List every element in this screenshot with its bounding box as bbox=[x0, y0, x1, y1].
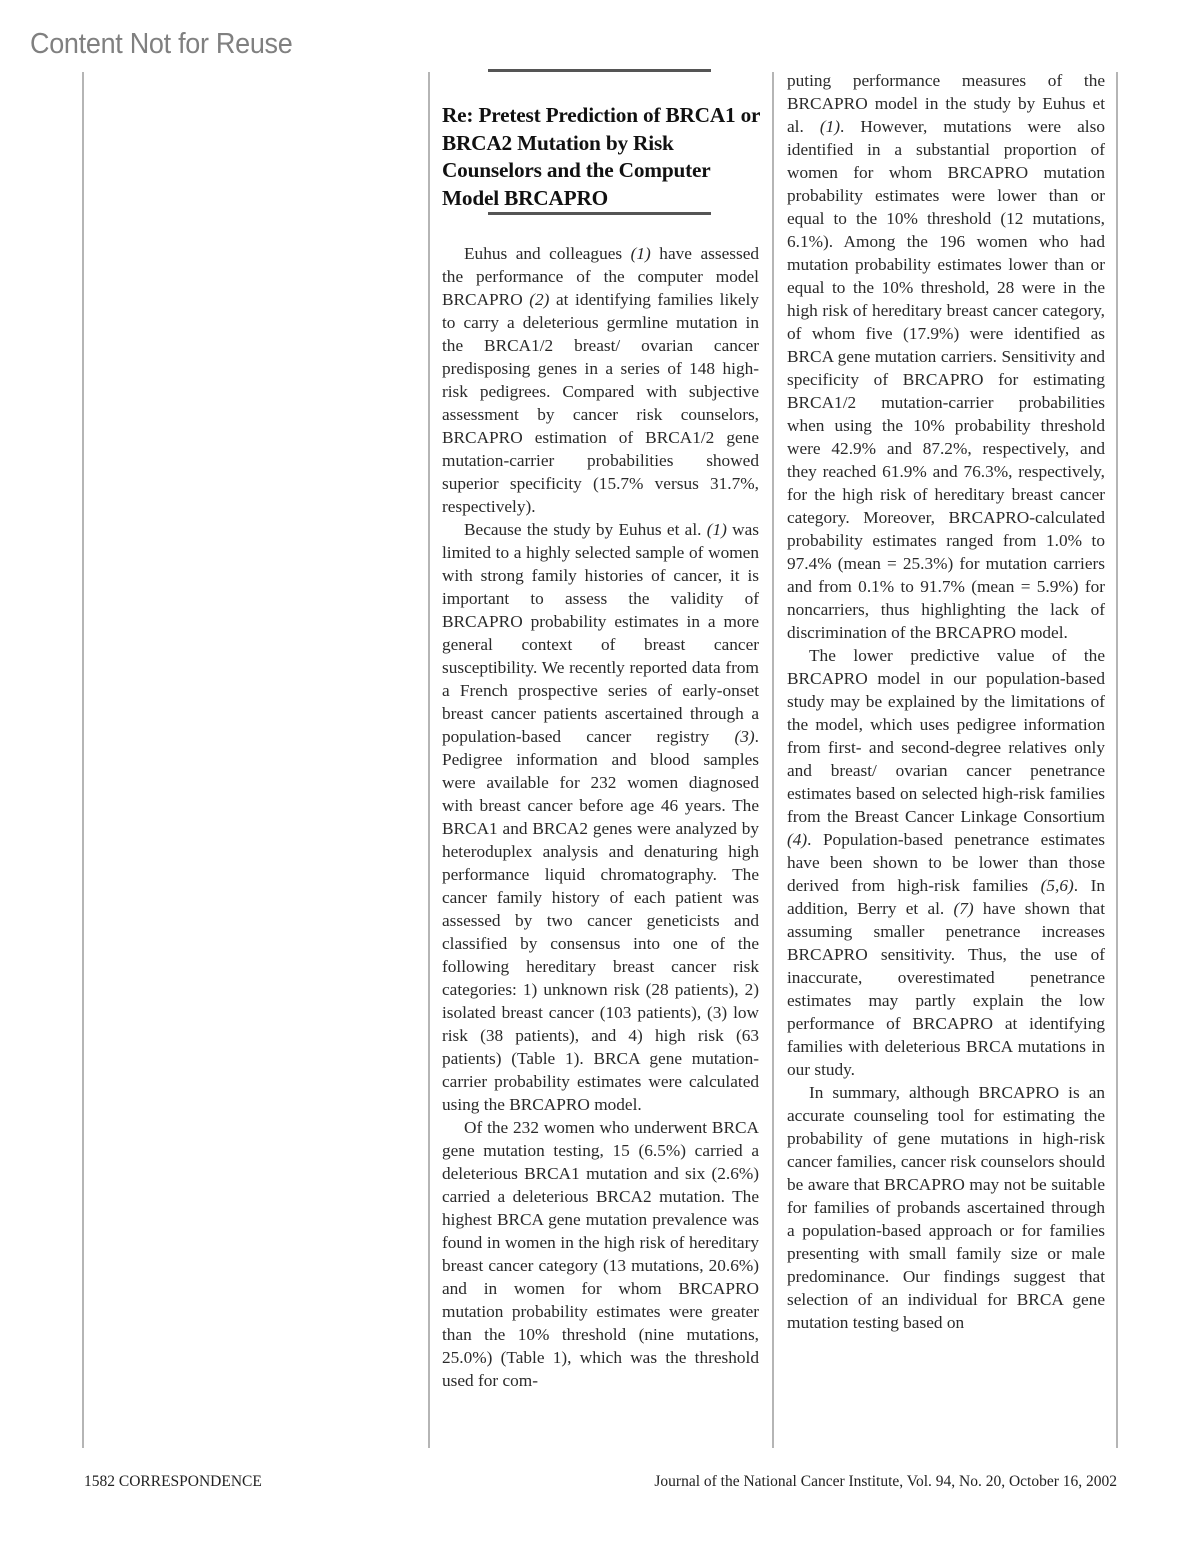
citation-ref: (2) bbox=[529, 290, 549, 309]
paragraph: The lower predictive value of the BRCAPR… bbox=[787, 644, 1105, 1081]
citation-ref: (1) bbox=[707, 520, 727, 539]
citation-ref: (1) bbox=[631, 244, 651, 263]
column-rule-left bbox=[82, 72, 84, 1448]
article-title: Re: Pretest Prediction of BRCA1 or BRCA2… bbox=[442, 102, 764, 212]
paragraph: puting performance measures of the BRCAP… bbox=[787, 69, 1105, 644]
text-column-a: Euhus and colleagues (1) have assessed t… bbox=[442, 242, 759, 1392]
watermark: Content Not for Reuse bbox=[30, 28, 292, 61]
paragraph: Euhus and colleagues (1) have assessed t… bbox=[442, 242, 759, 518]
citation-ref: (7) bbox=[953, 899, 973, 918]
paragraph: Because the study by Euhus et al. (1) wa… bbox=[442, 518, 759, 1116]
footer-journal-citation: Journal of the National Cancer Institute… bbox=[654, 1473, 1117, 1491]
column-rule-middle-right bbox=[772, 72, 774, 1448]
paragraph: In summary, although BRCAPRO is an accur… bbox=[787, 1081, 1105, 1334]
citation-ref: (1) bbox=[820, 117, 840, 136]
column-rule-right bbox=[1116, 72, 1118, 1448]
citation-ref: (3) bbox=[735, 727, 755, 746]
column-rule-middle-left bbox=[428, 72, 430, 1448]
title-rule-bottom bbox=[488, 212, 711, 215]
citation-ref: (5,6) bbox=[1041, 876, 1074, 895]
text-column-b: puting performance measures of the BRCAP… bbox=[787, 69, 1105, 1334]
citation-ref: (4) bbox=[787, 830, 807, 849]
paragraph: Of the 232 women who underwent BRCA gene… bbox=[442, 1116, 759, 1392]
title-rule-top bbox=[488, 69, 711, 72]
footer-page-section: 1582 CORRESPONDENCE bbox=[84, 1473, 262, 1491]
